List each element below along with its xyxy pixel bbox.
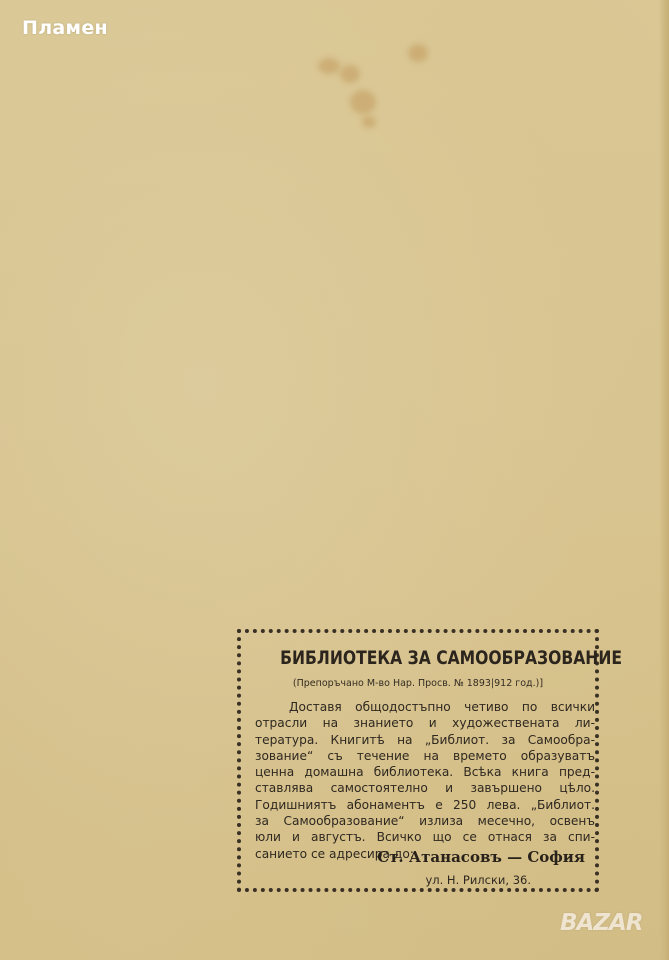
ad-body: Доставя общодостъпно четиво по всички от… <box>255 699 595 862</box>
ad-body-line: за Самообразование“ излиза месечно, осве… <box>255 813 595 829</box>
stain-mark <box>340 65 360 83</box>
ad-body-line: зование“ съ течение на времето образуват… <box>255 748 595 764</box>
ad-body-line: Годишниятъ абонаментъ е 250 лева. „Библи… <box>255 797 595 813</box>
ad-body-line: Доставя общодостъпно четиво по всички <box>255 699 595 715</box>
ad-title: БИБЛИОТЕКА ЗА САМООБРАЗОВАНИЕ <box>280 647 564 669</box>
ad-subtitle: (Препоръчано М-во Нар. Просв. № 1893|912… <box>241 678 595 689</box>
page-edge <box>659 0 669 960</box>
stain-mark <box>362 116 376 128</box>
advertisement-box: БИБЛИОТЕКА ЗА САМООБРАЗОВАНИЕ (Препоръча… <box>237 629 599 892</box>
bazar-logo-watermark: BAZAR <box>560 910 643 936</box>
stain-mark <box>318 58 340 74</box>
ad-signature: Ст. Атанасовъ — София <box>241 848 585 866</box>
ad-body-line: юли и августъ. Всичко що се отнася за сп… <box>255 829 595 845</box>
ad-body-line: ставлява самостоятелно и завършено цѣло. <box>255 780 595 796</box>
ad-body-line: ценна домашна библиотека. Всѣка книга пр… <box>255 764 595 780</box>
ad-address: ул. Н. Рилски, 36. <box>241 873 531 887</box>
ad-body-line: отрасли на знанието и художествената ли- <box>255 715 595 731</box>
seller-watermark: Пламен <box>22 17 108 39</box>
stain-mark <box>408 44 428 62</box>
ad-body-line: тература. Книгитѣ на „Библиот. за Самооб… <box>255 732 595 748</box>
stain-mark <box>350 90 376 114</box>
